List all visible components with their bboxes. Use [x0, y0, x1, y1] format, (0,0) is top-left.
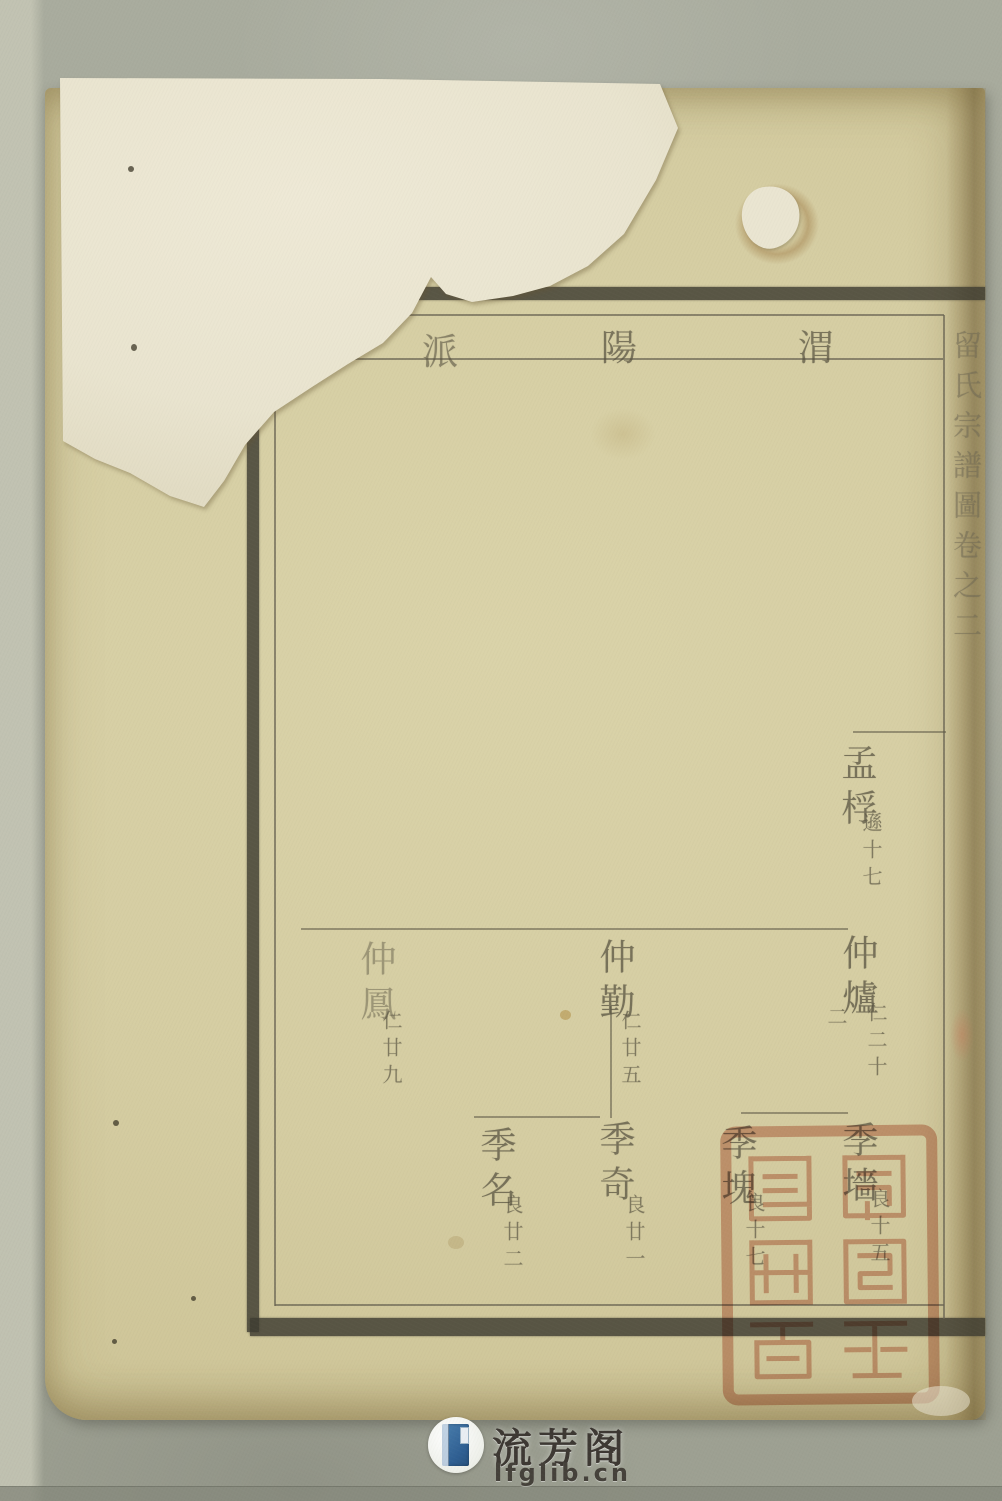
wormhole-speck [191, 1296, 196, 1301]
wormhole-speck [131, 344, 137, 351]
person-note-zhongfeng: 仁廿九 [381, 1010, 401, 1091]
person-note-mengfu: 遜十七 [861, 812, 881, 893]
torn-backing-paper [40, 60, 700, 530]
wormhole-speck [113, 1120, 119, 1126]
scan-bottom-edge [0, 1486, 1002, 1501]
person-note-jiqi: 良廿一 [624, 1194, 644, 1275]
faint-stain [590, 408, 656, 460]
wormhole-speck [128, 166, 134, 172]
faint-stain [448, 1236, 464, 1249]
watermark-site-domain: lfglib.cn [494, 1459, 631, 1487]
book-title-label [460, 1427, 469, 1444]
person-note-jiming: 良廿二 [502, 1194, 522, 1275]
worn-corner-patch [912, 1386, 970, 1416]
person-note2-zhonglu: 二 [826, 1006, 846, 1033]
person-note-zhonglu: 仁二十 [866, 1002, 886, 1083]
root-connector-line [853, 731, 946, 733]
spine-red-smudge [950, 1008, 974, 1062]
wormhole-speck [112, 1339, 117, 1344]
torn-patch-wrap [0, 0, 1002, 600]
book-binding-band [442, 1424, 449, 1466]
gen2-sibling-line [301, 928, 848, 930]
gen3-sibling-line-right [741, 1112, 848, 1114]
scanned-page-canvas: 渭 陽 派 留氏宗譜圖卷之二 孟桴 遜十七 仲鳳 仁廿九 仲勤 仁廿五 仲爐 仁… [0, 0, 1002, 1501]
person-note-zhongqin: 仁廿五 [620, 1010, 640, 1091]
collector-seal-stamp [719, 1123, 942, 1407]
amber-stain [560, 1010, 571, 1020]
gen3-sibling-line-left [474, 1116, 600, 1118]
